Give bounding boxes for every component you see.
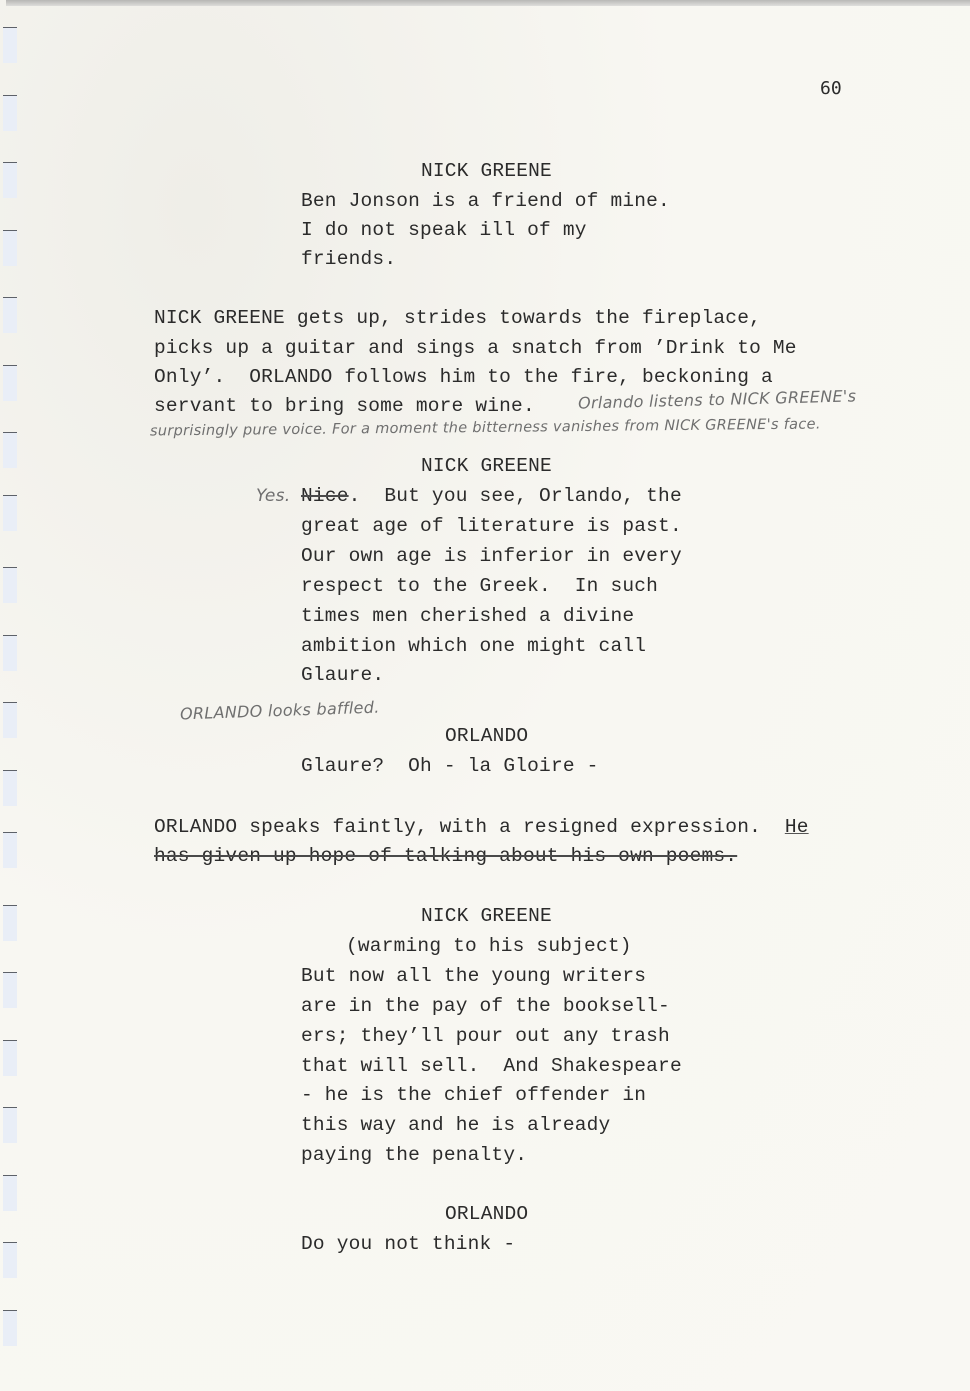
binding-hole <box>3 230 17 266</box>
action-line: servant to bring some more wine. <box>154 391 535 421</box>
character-cue: ORLANDO <box>445 1199 528 1229</box>
binding-hole <box>3 1175 17 1211</box>
action-line: ORLANDO speaks faintly, with a resigned … <box>154 812 809 842</box>
character-cue: NICK GREENE <box>421 451 552 481</box>
dialogue-line: Our own age is inferior in every <box>301 541 682 571</box>
action-text: ORLANDO speaks faintly, with a resigned … <box>154 816 785 838</box>
handwritten-note: ORLANDO looks baffled. <box>180 698 380 724</box>
binding-hole <box>3 1310 17 1346</box>
character-cue: NICK GREENE <box>421 901 552 931</box>
binding-hole <box>3 1107 17 1143</box>
dialogue-line: ambition which one might call <box>301 631 646 661</box>
binding-hole <box>3 702 17 738</box>
page-number: 60 <box>820 78 842 99</box>
struck-text: He <box>785 816 809 838</box>
dialogue-line: Do you not think - <box>301 1229 515 1259</box>
binding-hole <box>3 1040 17 1076</box>
binding-hole <box>3 297 17 333</box>
dialogue-line: ers; they’ll pour out any trash <box>301 1021 670 1051</box>
binding-hole <box>3 495 17 531</box>
dialogue-line: Ben Jonson is a friend of mine. <box>301 186 670 216</box>
binding-hole <box>3 972 17 1008</box>
dialogue-line: times men cherished a divine <box>301 601 634 631</box>
character-cue: NICK GREENE <box>421 156 552 186</box>
binding-hole <box>3 1242 17 1278</box>
struck-text: Nice <box>301 485 349 507</box>
binding-hole <box>3 770 17 806</box>
dialogue-text: . But you see, Orlando, the <box>349 485 682 507</box>
dialogue-line: respect to the Greek. In such <box>301 571 658 601</box>
dialogue-line: friends. <box>301 244 396 274</box>
parenthetical: (warming to his subject) <box>346 931 632 961</box>
dialogue-line: But now all the young writers <box>301 961 646 991</box>
action-line: Only’. ORLANDO follows him to the fire, … <box>154 362 773 392</box>
page-top-edge <box>6 0 970 6</box>
binding-hole <box>3 432 17 468</box>
binding-hole <box>3 905 17 941</box>
dialogue-line: that will sell. And Shakespeare <box>301 1051 682 1081</box>
action-line: has given up hope of talking about his o… <box>154 841 737 871</box>
binding-hole <box>3 635 17 671</box>
action-line: NICK GREENE gets up, strides towards the… <box>154 303 761 333</box>
binding-hole <box>3 567 17 603</box>
dialogue-line: Glaure. <box>301 660 384 690</box>
action-line: picks up a guitar and sings a snatch fro… <box>154 333 797 363</box>
binding-hole <box>3 365 17 401</box>
binding-hole <box>3 95 17 131</box>
script-page: 60 NICK GREENE Ben Jonson is a friend of… <box>0 0 970 1391</box>
handwritten-insert: Yes. <box>256 486 290 506</box>
struck-text: has given up hope of talking about his o… <box>154 845 737 867</box>
dialogue-line: great age of literature is past. <box>301 511 682 541</box>
binding-hole <box>3 162 17 198</box>
dialogue-line: Glaure? Oh - la Gloire - <box>301 751 599 781</box>
binding-hole <box>3 832 17 868</box>
comb-binding-holes <box>0 0 20 1391</box>
dialogue-line: are in the pay of the booksell- <box>301 991 670 1021</box>
dialogue-line: - he is the chief offender in <box>301 1080 646 1110</box>
dialogue-line: this way and he is already <box>301 1110 610 1140</box>
binding-hole <box>3 27 17 63</box>
dialogue-line: I do not speak ill of my <box>301 215 587 245</box>
dialogue-line: Nice. But you see, Orlando, the <box>301 481 682 511</box>
dialogue-line: paying the penalty. <box>301 1140 527 1170</box>
character-cue: ORLANDO <box>445 721 528 751</box>
